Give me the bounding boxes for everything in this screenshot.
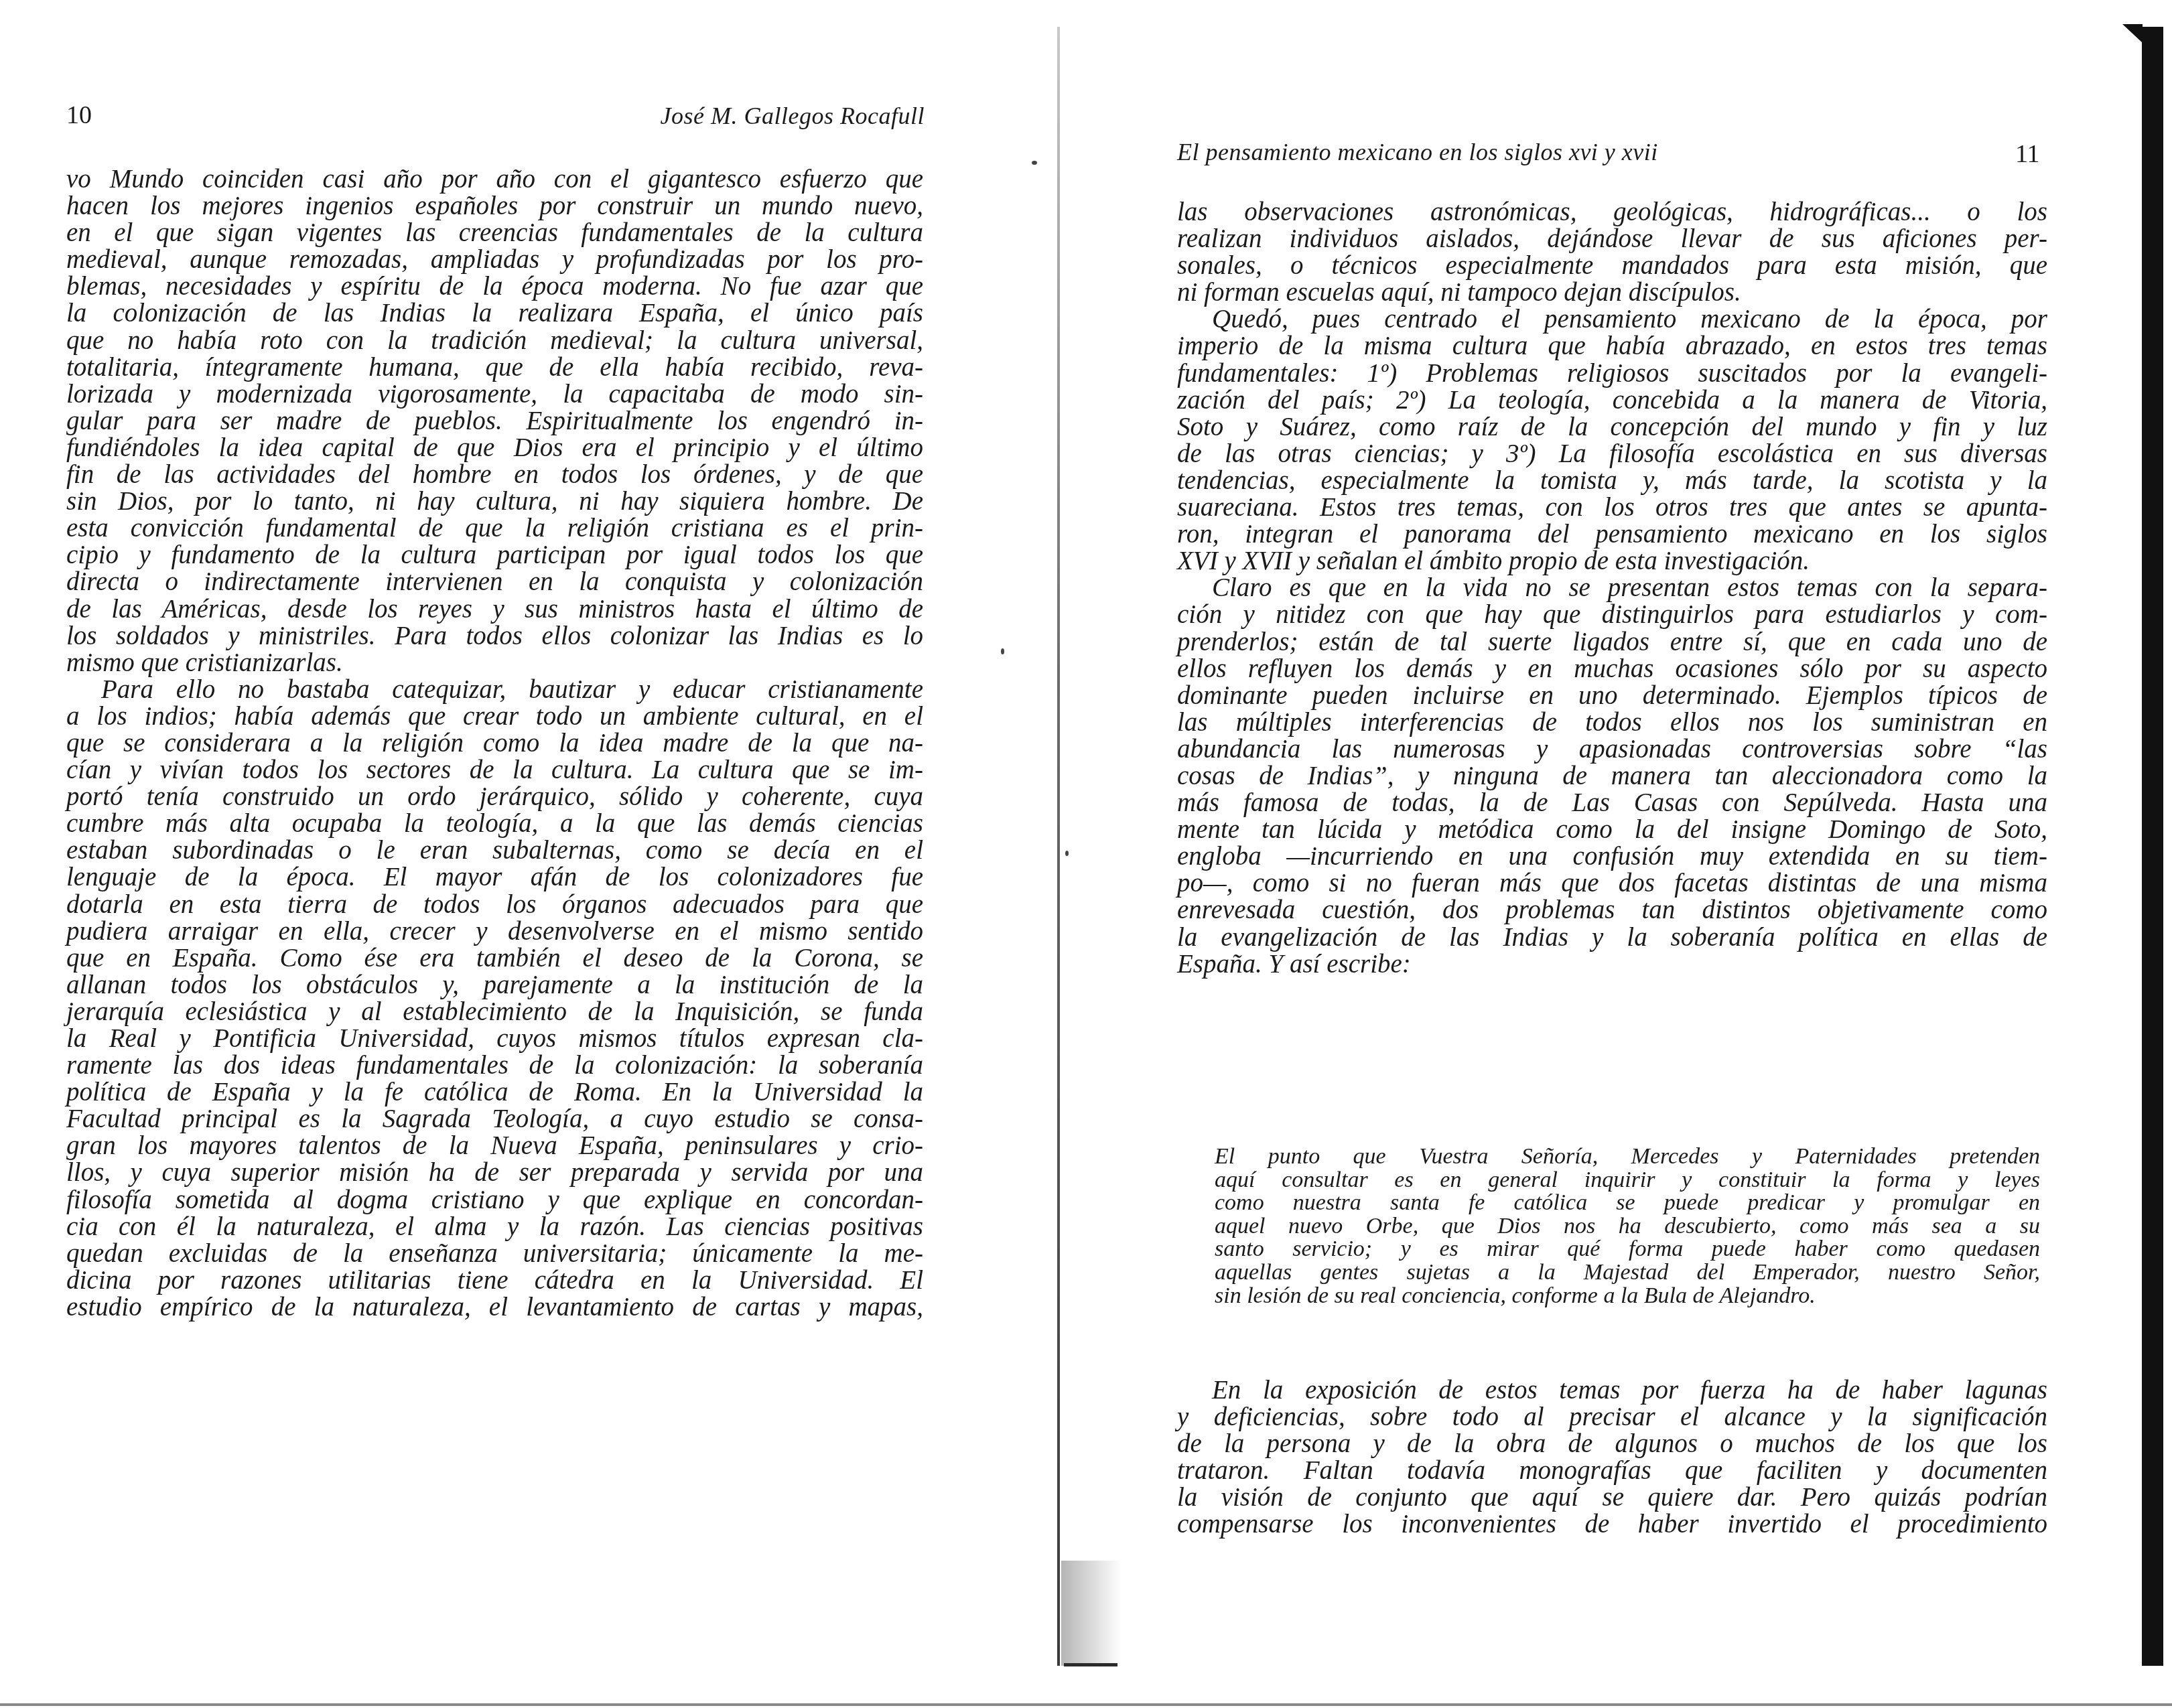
text-line: las observaciones astronómicas, geológic… — [1177, 199, 2047, 226]
text-line: medieval, aunque remozadas, ampliadas y … — [66, 246, 923, 273]
text-line: mismo que cristianizarlas. — [66, 650, 923, 677]
text-line: pudiera arraigar en ella, crecer y desen… — [66, 918, 923, 945]
text-line: fundamentales: 1º) Problemas religiosos … — [1177, 360, 2047, 387]
text-line: santo servicio; y es mirar qué forma pue… — [1215, 1238, 2040, 1261]
text-line: engloba —incurriendo en una confusión mu… — [1177, 843, 2047, 870]
text-line: dotarla en esta tierra de todos los órga… — [66, 892, 923, 918]
text-line: directa o indirectamente intervienen en … — [66, 569, 923, 595]
text-line: compensarse los inconvenientes de haber … — [1177, 1511, 2047, 1538]
text-line: totalitaria, íntegramente humana, que de… — [66, 354, 923, 381]
text-line: esta convicción fundamental de que la re… — [66, 515, 923, 542]
text-line: hacen los mejores ingenios españoles por… — [66, 193, 923, 220]
text-line: ción y nitidez con que hay que distingui… — [1177, 601, 2047, 628]
text-line: la Real y Pontificia Universidad, cuyos … — [66, 1025, 923, 1052]
text-line: filosofía sometida al dogma cristiano y … — [66, 1187, 923, 1214]
text-line: po—, como si no fueran más que dos facet… — [1177, 870, 2047, 897]
text-line: de la persona y de la obra de algunos o … — [1177, 1431, 2047, 1457]
text-line: cipio y fundamento de la cultura partici… — [66, 542, 923, 569]
text-line: Soto y Suárez, como raíz de la concepció… — [1177, 414, 2047, 441]
text-line: portó tenía construido un ordo jerárquic… — [66, 784, 923, 810]
text-line: prenderlos; están de tal suerte ligados … — [1177, 629, 2047, 656]
text-line: abundancia las numerosas y apasionadas c… — [1177, 736, 2047, 763]
text-line: estudio empírico de la naturaleza, el le… — [66, 1294, 923, 1321]
left-page-body: vo Mundo coinciden casi año por año con … — [66, 166, 923, 1321]
text-line: realizan individuos aislados, dejándose … — [1177, 226, 2047, 253]
text-line: que se considerara a la religión como la… — [66, 730, 923, 757]
text-line: dicina por razones utilitarias tiene cát… — [66, 1267, 923, 1294]
book-edge-corner — [2122, 24, 2143, 43]
text-line: mente tan lúcida y metódica como la del … — [1177, 816, 2047, 843]
text-line: gran los mayores talentos de la Nueva Es… — [66, 1133, 923, 1159]
text-line: a los indios; había además que crear tod… — [66, 703, 923, 730]
text-line: que no había roto con la tradición medie… — [66, 328, 923, 354]
text-line: ramente las dos ideas fundamentales de l… — [66, 1052, 923, 1079]
text-line: El punto que Vuestra Señoría, Mercedes y… — [1215, 1145, 2040, 1169]
running-head-title-text: El pensamiento mexicano en los siglos xv… — [1177, 139, 1658, 165]
right-page-body-bottom: En la exposición de estos temas por fuer… — [1177, 1377, 2047, 1539]
scan-bottom-edge — [0, 1703, 2172, 1706]
text-line: vo Mundo coinciden casi año por año con … — [66, 166, 923, 193]
text-line: Claro es que en la vida no se presentan … — [1177, 575, 2047, 601]
text-line: y deficiencias, sobre todo al precisar e… — [1177, 1404, 2047, 1431]
text-line: política de España y la fe católica de R… — [66, 1079, 923, 1106]
text-line: enrevesada cuestión, dos problemas tan d… — [1177, 897, 2047, 924]
text-line: fin de las actividades del hombre en tod… — [66, 461, 923, 488]
text-line: cia con él la naturaleza, el alma y la r… — [66, 1214, 923, 1240]
text-line: estaban subordinadas o le eran subaltern… — [66, 837, 923, 864]
text-line: los soldados y ministriles. Para todos e… — [66, 623, 923, 650]
book-spine-line — [1057, 27, 1060, 1666]
text-line: Quedó, pues centrado el pensamiento mexi… — [1177, 306, 2047, 333]
text-line: Para ello no bastaba catequizar, bautiza… — [66, 677, 923, 703]
book-edge-strip — [2142, 27, 2163, 1666]
text-line: En la exposición de estos temas por fuer… — [1177, 1377, 2047, 1404]
text-line: XVI y XVII y señalan el ámbito propio de… — [1177, 548, 2047, 575]
text-line: sin Dios, por lo tanto, ni hay cultura, … — [66, 488, 923, 515]
text-line: gular para ser madre de pueblos. Espirit… — [66, 408, 923, 435]
scan-speck — [1001, 648, 1004, 654]
text-line: lenguaje de la época. El mayor afán de l… — [66, 864, 923, 891]
text-line: ron, integran el panorama del pensamient… — [1177, 521, 2047, 548]
text-line: trataron. Faltan todavía monografías que… — [1177, 1457, 2047, 1484]
text-line: cumbre más alta ocupaba la teología, a l… — [66, 810, 923, 837]
text-line: cosas de Indias”, y ninguna de manera ta… — [1177, 763, 2047, 790]
text-line: la colonización de las Indias la realiza… — [66, 300, 923, 327]
block-quote: El punto que Vuestra Señoría, Mercedes y… — [1215, 1145, 2040, 1307]
text-line: Facultad principal es la Sagrada Teologí… — [66, 1106, 923, 1133]
text-line: aquellas gentes sujetas a la Majestad de… — [1215, 1261, 2040, 1285]
text-line: España. Y así escribe: — [1177, 951, 2047, 978]
text-line: sonales, o técnicos especialmente mandad… — [1177, 253, 2047, 279]
text-line: las múltiples interferencias de todos el… — [1177, 709, 2047, 736]
running-head-title: El pensamiento mexicano en los siglos xv… — [1177, 138, 1658, 166]
text-line: quedan excluidas de la enseñanza univers… — [66, 1240, 923, 1267]
text-line: tendencias, especialmente la tomista y, … — [1177, 468, 2047, 494]
text-line: ni forman escuelas aquí, ni tampoco deja… — [1177, 279, 2047, 306]
text-line: la evangelización de las Indias y la sob… — [1177, 924, 2047, 951]
text-line: ellos refluyen los demás y en muchas oca… — [1177, 656, 2047, 683]
text-line: la visión de conjunto que aquí se quiere… — [1177, 1484, 2047, 1511]
text-line: aquí consultar es en general inquirir y … — [1215, 1169, 2040, 1192]
running-head-author: José M. Gallegos Rocafull — [661, 102, 925, 130]
text-line: sin lesión de su real conciencia, confor… — [1215, 1285, 2040, 1308]
text-line: en el que sigan vigentes las creencias f… — [66, 220, 923, 246]
right-page: El pensamiento mexicano en los siglos xv… — [1065, 0, 2137, 1668]
text-line: más famosa de todas, la de Las Casas con… — [1177, 790, 2047, 816]
text-line: zación del país; 2º) La teología, conceb… — [1177, 387, 2047, 414]
text-line: jerarquía eclesiástica y al establecimie… — [66, 999, 923, 1025]
text-line: que en España. Como ése era también el d… — [66, 945, 923, 972]
text-line: fundiéndoles la idea capital de que Dios… — [66, 435, 923, 461]
text-line: lorizada y modernizada vigorosamente, la… — [66, 381, 923, 408]
text-line: dominante pueden incluirse en uno determ… — [1177, 683, 2047, 709]
text-line: aquel nuevo Orbe, que Dios nos ha descub… — [1215, 1215, 2040, 1238]
text-line: como nuestra santa fe católica se puede … — [1215, 1192, 2040, 1215]
text-line: de las Américas, desde los reyes y sus m… — [66, 596, 923, 623]
right-page-body-top: las observaciones astronómicas, geológic… — [1177, 199, 2047, 978]
page-number-left: 10 — [66, 100, 92, 130]
text-line: allanan todos los obstáculos y, parejame… — [66, 972, 923, 999]
scan-speck — [1065, 851, 1069, 856]
left-page: 10 José M. Gallegos Rocafull vo Mundo co… — [0, 0, 1059, 1668]
text-line: llos, y cuya superior misión ha de ser p… — [66, 1159, 923, 1186]
text-line: de las otras ciencias; y 3º) La filosofí… — [1177, 441, 2047, 468]
text-line: suareciana. Estos tres temas, con los ot… — [1177, 494, 2047, 521]
text-line: cían y vivían todos los sectores de la c… — [66, 757, 923, 784]
scan-speck — [1032, 161, 1037, 165]
text-line: blemas, necesidades y espíritu de la épo… — [66, 273, 923, 300]
text-line: imperio de la misma cultura que había ab… — [1177, 333, 2047, 360]
page-number-right: 11 — [2015, 139, 2040, 169]
